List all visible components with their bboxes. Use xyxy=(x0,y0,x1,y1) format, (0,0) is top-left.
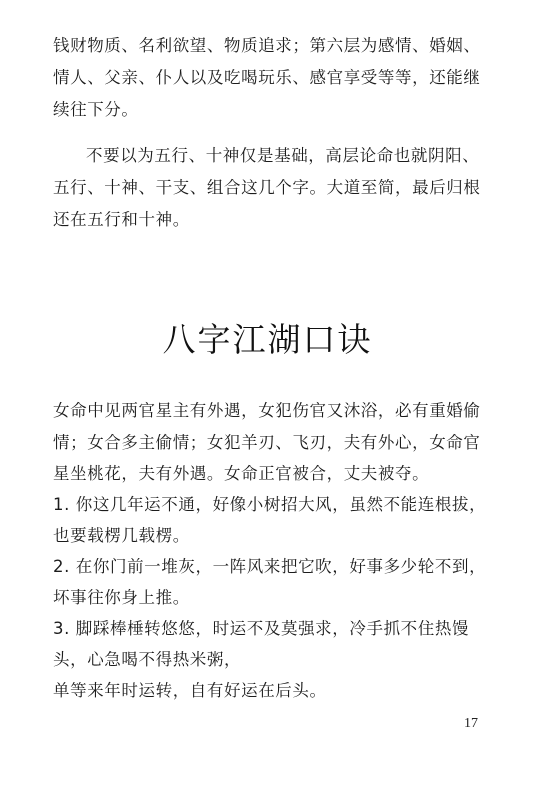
text-line: 情；女合多主偷情；女犯羊刃、飞刃，夫有外心，女命官 xyxy=(53,432,481,454)
text-line: 星坐桃花，夫有外遇。女命正官被合，丈夫被夺。 xyxy=(53,463,429,485)
section-title: 八字江湖口诀 xyxy=(0,318,535,362)
book-page: 钱财物质、名利欲望、物质追求；第六层为感情、婚姻、 情人、父亲、仆人以及吃喝玩乐… xyxy=(0,0,535,785)
text-line: 2. 在你门前一堆灰，一阵风来把它吹，好事多少轮不到， xyxy=(53,556,486,578)
text-line: 还在五行和十神。 xyxy=(53,209,190,231)
text-line: 女命中见两官星主有外遇，女犯伤官又沐浴，必有重婚偷 xyxy=(53,400,481,422)
text-line: 不要以为五行、十神仅是基础，高层论命也就阴阳、 xyxy=(86,145,479,167)
text-line: 1. 你这几年运不通，好像小树招大风，虽然不能连根拔， xyxy=(53,494,486,516)
text-line: 单等来年时运转，自有好运在后头。 xyxy=(53,680,327,702)
text-line: 3. 脚踩棒棰转悠悠，时运不及莫强求，冷手抓不住热馒 xyxy=(53,618,469,640)
text-line: 坏事往你身上推。 xyxy=(53,587,190,609)
text-line: 头，心急喝不得热米粥， xyxy=(53,649,241,671)
page-number: 17 xyxy=(464,716,478,732)
text-line: 钱财物质、名利欲望、物质追求；第六层为感情、婚姻、 xyxy=(53,35,481,57)
text-line: 情人、父亲、仆人以及吃喝玩乐、感官享受等等，还能继 xyxy=(53,67,481,89)
text-line: 续往下分。 xyxy=(53,99,139,121)
text-line: 五行、十神、干支、组合这几个字。大道至简，最后归根 xyxy=(53,177,481,199)
text-line: 也要载楞几载楞。 xyxy=(53,525,190,547)
